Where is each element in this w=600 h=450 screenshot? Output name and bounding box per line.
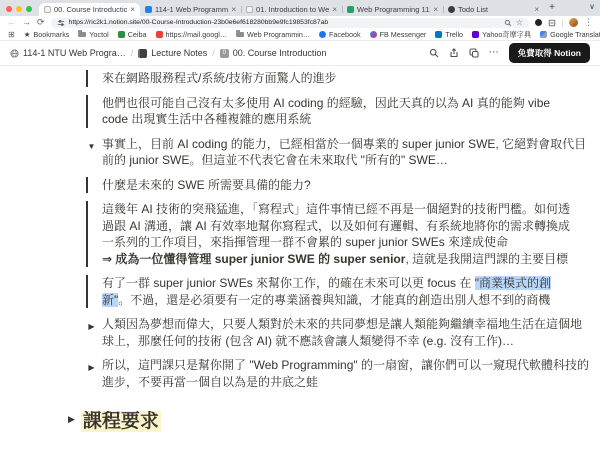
toggle-text: 人類因為夢想而偉大，只要人類對於未來的共同夢想是讓人類能夠繼續幸福地生活在這個地…	[102, 316, 592, 349]
quote-block: 有了一群 super junior SWEs 來幫你工作，的確在未來可以更 fo…	[86, 275, 578, 308]
share-icon[interactable]	[449, 48, 459, 58]
close-tab-icon[interactable]: ×	[231, 5, 236, 14]
bookmark-google-translate[interactable]: Google Translate	[540, 30, 600, 39]
bookmarks-bar: ⊞ ★ Bookmarks Yoctol Ceiba https://mail.…	[0, 29, 600, 41]
quote-block: 他們也很可能自己沒有太多使用 AI coding 的經驗，因此天真的以為 AI …	[86, 95, 578, 128]
bookmark-trello[interactable]: Trello	[435, 30, 463, 39]
quote-text: 來在網路服務程式/系統/技術方面驚人的進步	[102, 71, 337, 85]
address-bar[interactable]: https://ric2k1.notion.site/00-Course-Int…	[51, 18, 529, 28]
browser-menu-icon[interactable]: ⋮	[584, 18, 593, 27]
bookmark-folder-web-programming[interactable]: Web Programmin…	[236, 30, 310, 39]
forward-icon[interactable]: →	[22, 18, 31, 27]
tab-todo-list[interactable]: Todo List ×	[443, 3, 544, 16]
back-icon[interactable]: ←	[7, 18, 16, 27]
url-text[interactable]: https://ric2k1.notion.site/00-Course-Int…	[69, 19, 500, 26]
bookmark-ceiba[interactable]: Ceiba	[118, 30, 147, 39]
breadcrumb-course-introduction[interactable]: 0 00. Course Introduction	[220, 48, 327, 58]
lens-search-icon[interactable]	[504, 19, 512, 27]
bookmark-label: https://mail.googl…	[166, 30, 228, 39]
folder-icon	[78, 32, 86, 38]
window-controls	[0, 6, 39, 16]
messenger-favicon	[370, 31, 377, 38]
tab-search-chevron-icon[interactable]: ∨	[589, 2, 595, 11]
breadcrumb-label: 114-1 NTU Web Progra…	[23, 48, 126, 58]
tab-intro-to-web[interactable]: 01. Introduction to Web Pro… ×	[241, 3, 342, 16]
star-icon: ★	[24, 30, 31, 39]
bookmark-folder-yoctol[interactable]: Yoctol	[78, 30, 108, 39]
tab-title: Web Programming 1121 課…	[357, 4, 430, 15]
heading-text: 課程要求	[81, 411, 161, 432]
bookmark-label: Yoctol	[89, 30, 108, 39]
gmail-favicon	[156, 31, 163, 38]
dark-favicon	[448, 6, 455, 13]
facebook-favicon	[319, 31, 326, 38]
toggle-block-open: ▼ 事實上，目前 AI coding 的能力，已經相當於一個專業的 super …	[86, 136, 592, 169]
browser-toolbar: ← → ⟳ https://ric2k1.notion.site/00-Cour…	[0, 16, 600, 29]
toggle-block-closed: ▶ 人類因為夢想而偉大，只要人類對於未來的共同夢想是讓人類能夠繼續幸福地生活在這…	[86, 316, 592, 349]
notion-page-favicon	[44, 6, 51, 13]
extensions-puzzle-icon[interactable]	[548, 19, 556, 27]
green-favicon	[347, 6, 354, 13]
quote-text: 這幾年 AI 技術的突飛猛進，「寫程式」這件事情已經不再是一個絕對的技術門檻。如…	[102, 202, 570, 249]
breadcrumb-separator: /	[131, 48, 134, 58]
quote-text: 。不過，還是必須要有一定的專業涵養與知識，才能真的創造出別人想不到的商機	[118, 293, 550, 307]
duplicate-icon[interactable]	[469, 48, 479, 58]
tab-title: 00. Course Introduction	[54, 5, 127, 14]
toggle-block-closed: ▶ 所以，這門課只是幫你開了 "Web Programming" 的一扇窗，讓你…	[86, 357, 592, 390]
notion-page-content: 來在網路服務程式/系統/技術方面驚人的進步 他們也很可能自己沒有太多使用 AI …	[0, 66, 600, 433]
quote-block: 來在網路服務程式/系統/技術方面驚人的進步	[86, 70, 578, 87]
globe-icon	[10, 49, 19, 58]
notebook-icon	[138, 49, 147, 58]
quote-text: 什麼是未來的 SWE 所需要具備的能力?	[102, 178, 311, 192]
toggle-text: 所以，這門課只是幫你開了 "Web Programming" 的一扇窗，讓你們可…	[102, 357, 592, 390]
bookmark-gmail[interactable]: https://mail.googl…	[156, 30, 228, 39]
toggle-closed-icon[interactable]: ▶	[86, 357, 97, 390]
bookmark-yahoo-dictionary[interactable]: Yahoo奇摩字典	[472, 30, 531, 40]
tab-title: 01. Introduction to Web Pro…	[256, 5, 329, 14]
page-number-icon: 0	[220, 49, 229, 58]
close-tab-icon[interactable]: ×	[130, 5, 135, 14]
close-tab-icon[interactable]: ×	[433, 5, 438, 14]
notion-header-actions: ⋯ 免費取得 Notion	[429, 43, 590, 63]
translate-favicon	[540, 31, 547, 38]
close-tab-icon[interactable]: ×	[332, 5, 337, 14]
ceiba-favicon	[118, 31, 125, 38]
tab-web-programming-1121[interactable]: Web Programming 1121 課… ×	[342, 3, 443, 16]
bookmark-label: Facebook	[329, 30, 361, 39]
tab-strip: 00. Course Introduction × 114-1 Web Prog…	[0, 0, 600, 16]
get-notion-button[interactable]: 免費取得 Notion	[509, 43, 590, 63]
tab-title: Todo List	[458, 5, 531, 14]
notion-header: 114-1 NTU Web Progra… / Lecture Notes / …	[0, 41, 600, 66]
breadcrumb-lecture-notes[interactable]: Lecture Notes	[138, 48, 207, 58]
tab-course-introduction[interactable]: 00. Course Introduction ×	[39, 3, 140, 16]
breadcrumb-workspace[interactable]: 114-1 NTU Web Progra…	[10, 48, 126, 58]
quote-text: 有了一群 super junior SWEs 來幫你工作，的確在未來可以更 fo…	[102, 276, 475, 290]
minimize-window-button[interactable]	[16, 6, 22, 12]
bookmark-label: FB Messenger	[380, 30, 427, 39]
profile-avatar[interactable]	[569, 18, 578, 27]
folder-icon	[236, 32, 244, 38]
close-window-button[interactable]	[6, 6, 12, 12]
heading-course-requirements: ▶ 課程要求	[68, 406, 592, 433]
toggle-text: 事實上，目前 AI coding 的能力，已經相當於一個專業的 super ju…	[102, 136, 592, 169]
bookmark-fb-messenger[interactable]: FB Messenger	[370, 30, 427, 39]
close-tab-icon[interactable]: ×	[534, 5, 539, 14]
tab-114-1-web-programming[interactable]: 114-1 Web Programming 課… ×	[140, 3, 241, 16]
new-tab-button[interactable]: +	[544, 2, 560, 16]
tab-title: 114-1 Web Programming 課…	[155, 4, 228, 15]
blue-favicon	[145, 6, 152, 13]
bookmark-label: Google Translate	[550, 30, 600, 39]
toolbar-divider	[562, 19, 563, 27]
toggle-closed-icon[interactable]: ▶	[86, 316, 97, 349]
more-options-icon[interactable]: ⋯	[489, 48, 499, 58]
search-icon[interactable]	[429, 48, 439, 58]
quote-block: 什麼是未來的 SWE 所需要具備的能力?	[86, 177, 578, 194]
zoom-window-button[interactable]	[26, 6, 32, 12]
quote-text-bold: ⇒ 成為一位懂得管理 super junior SWE 的 super seni…	[102, 252, 405, 266]
extension-icon[interactable]	[535, 19, 542, 26]
heading-toggle-icon[interactable]: ▶	[68, 414, 75, 425]
bookmark-facebook[interactable]: Facebook	[319, 30, 361, 39]
breadcrumb-label: Lecture Notes	[151, 48, 207, 58]
quote-text: 他們也很可能自己沒有太多使用 AI coding 的經驗，因此天真的以為 AI …	[102, 96, 550, 127]
reload-icon[interactable]: ⟳	[37, 18, 45, 27]
yahoo-favicon	[472, 31, 479, 38]
bookmark-label: Trello	[445, 30, 463, 39]
site-settings-icon[interactable]	[57, 19, 65, 27]
bookmark-label: Ceiba	[128, 30, 147, 39]
breadcrumb-label: 00. Course Introduction	[233, 48, 327, 58]
trello-favicon	[435, 31, 442, 38]
bookmark-bookmarks[interactable]: ★ Bookmarks	[24, 30, 70, 39]
bookmark-label: Yahoo奇摩字典	[482, 30, 531, 40]
apps-grid-icon[interactable]: ⊞	[8, 30, 15, 39]
toggle-open-icon[interactable]: ▼	[86, 136, 97, 169]
breadcrumb: 114-1 NTU Web Progra… / Lecture Notes / …	[10, 48, 326, 58]
bookmark-star-icon[interactable]: ☆	[516, 19, 523, 27]
bookmark-label: Web Programmin…	[247, 30, 310, 39]
notion-page-favicon	[246, 6, 253, 13]
quote-block: 這幾年 AI 技術的突飛猛進，「寫程式」這件事情已經不再是一個絕對的技術門檻。如…	[86, 201, 578, 267]
bookmark-label: Bookmarks	[33, 30, 69, 39]
breadcrumb-separator: /	[212, 48, 215, 58]
quote-text: , 這就是我開這門課的主要目標	[405, 252, 568, 266]
